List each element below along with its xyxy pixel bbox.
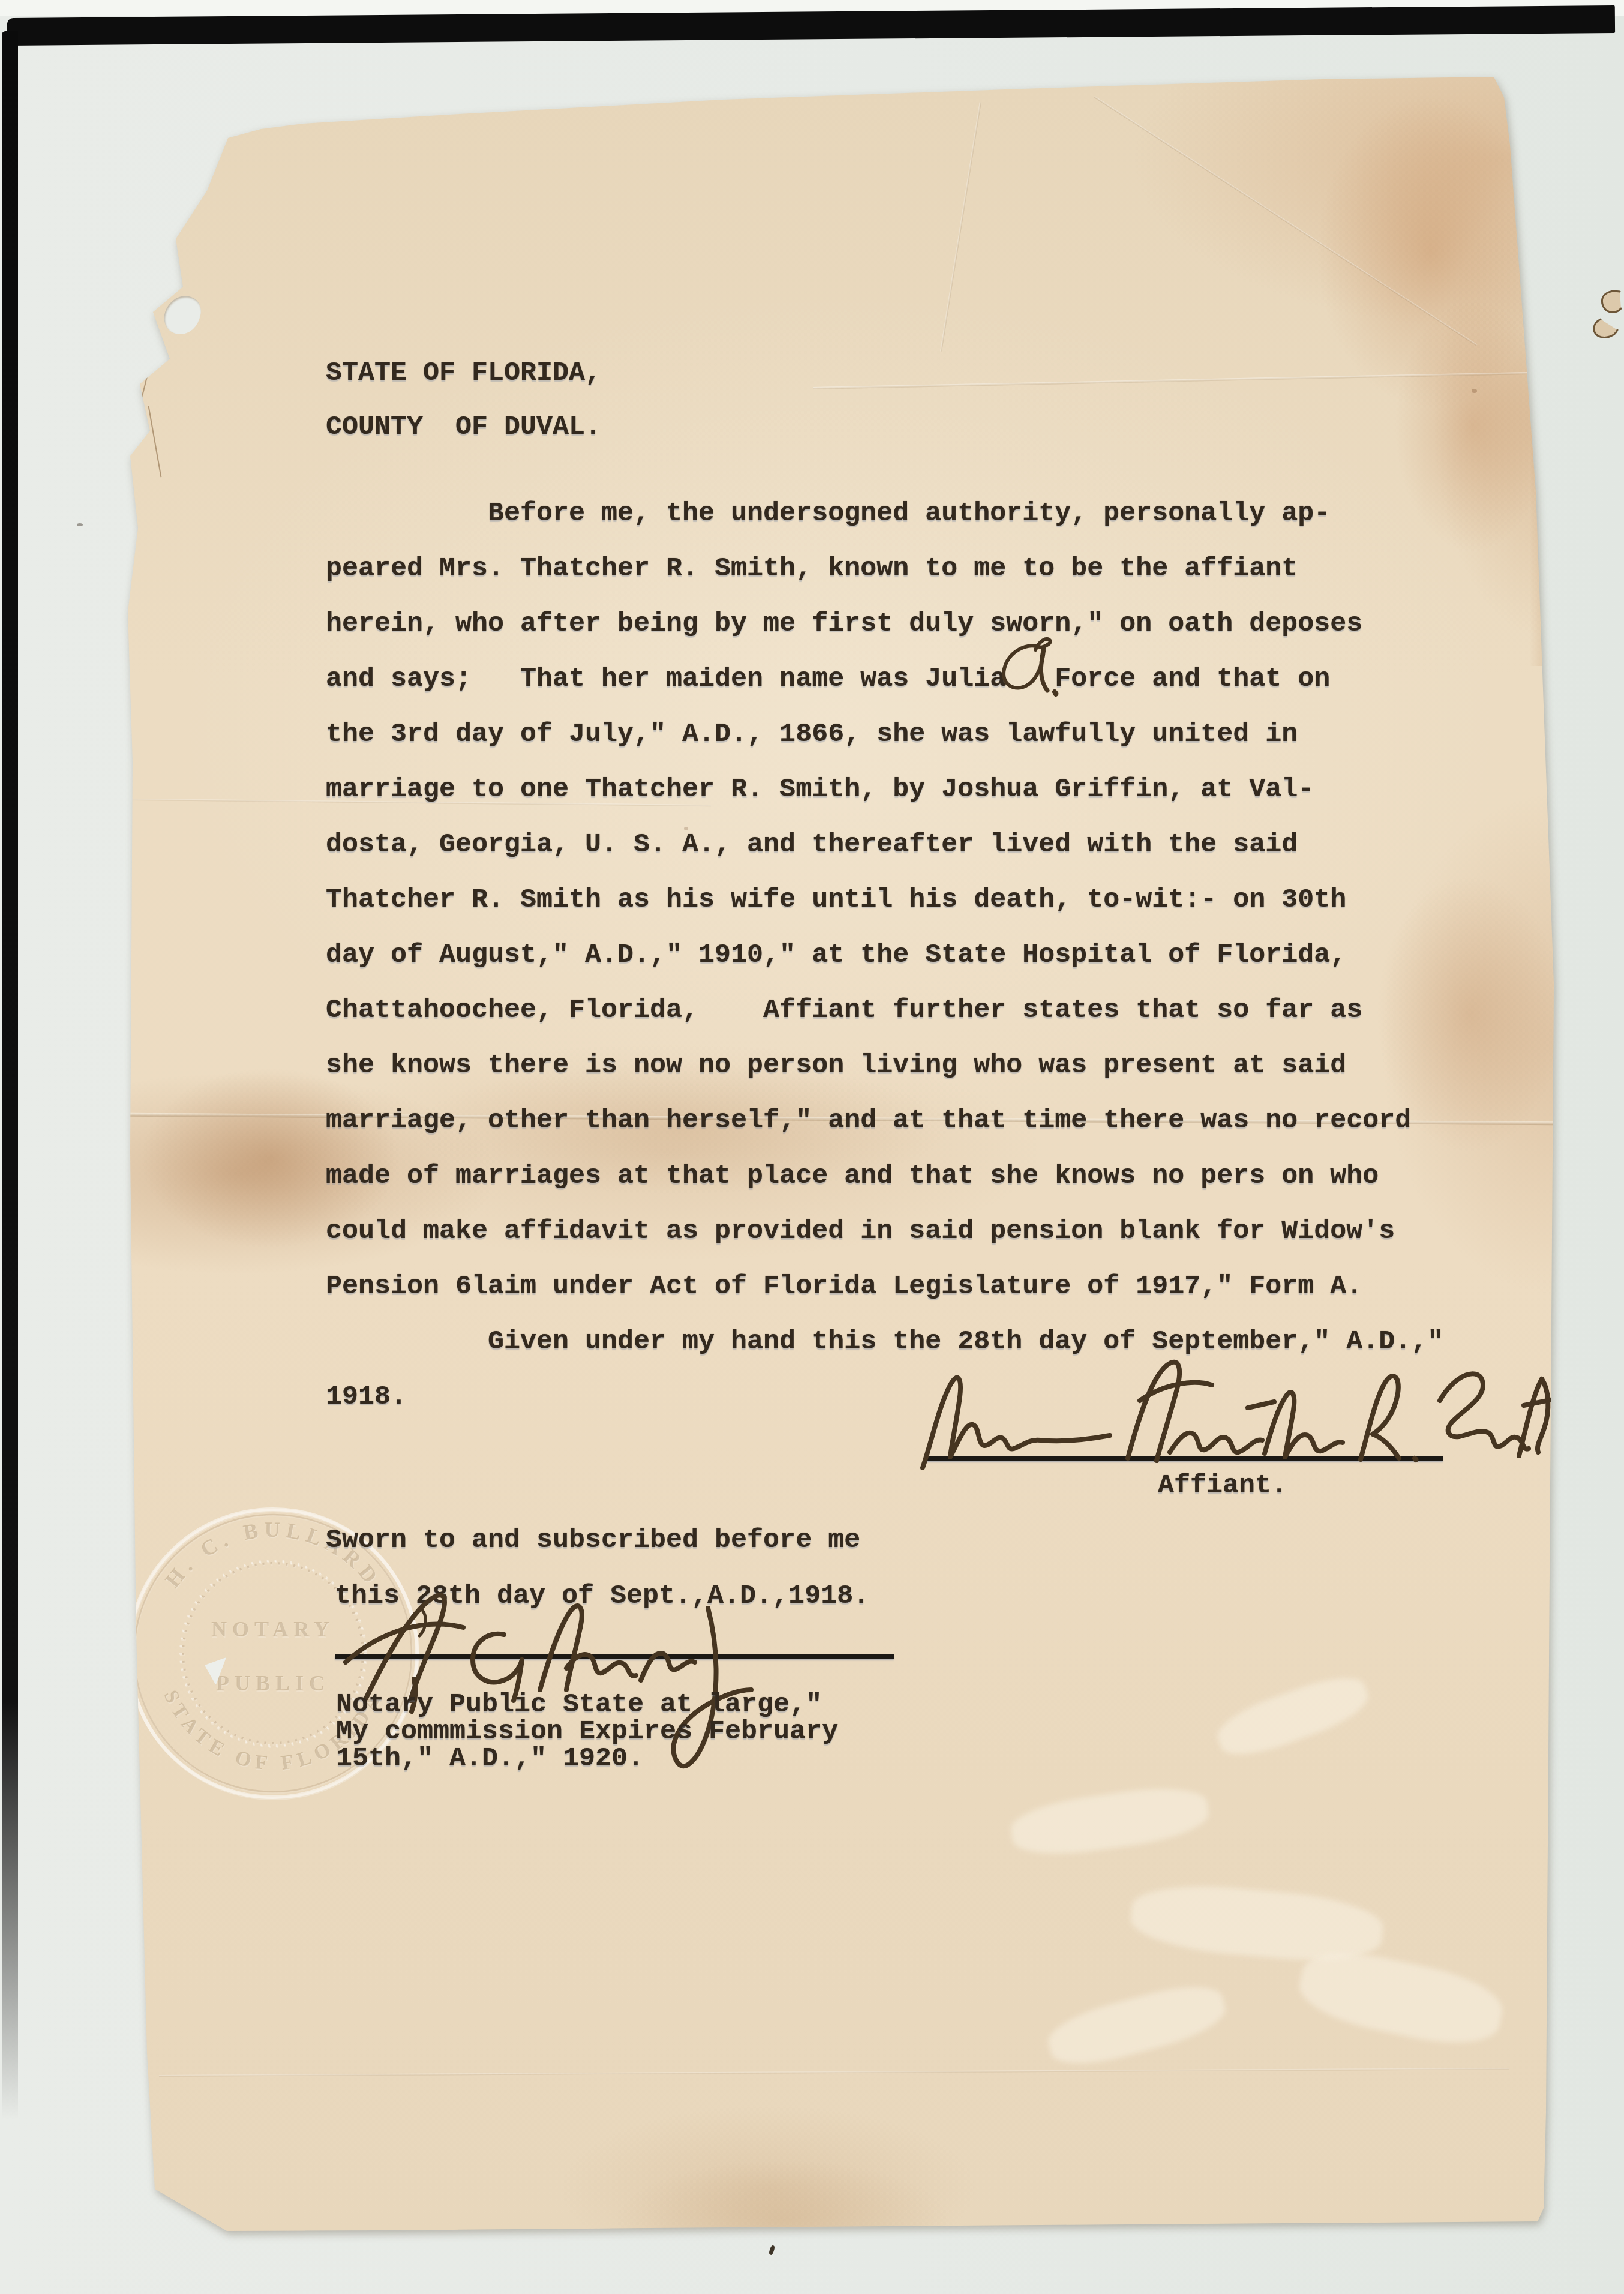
document-paper: H. C. BULLARD STATE OF FLORIDA NOTARY PU… (123, 72, 1557, 2232)
bleed-through-mark (1043, 1976, 1230, 2075)
edge-crack (148, 406, 162, 478)
crease-line (159, 2068, 1509, 2077)
edge-crack (139, 353, 153, 405)
scanner-edge-left (2, 31, 18, 2119)
handwritten-initial-a (996, 632, 1063, 699)
seal-word-notary: NOTARY (211, 1617, 335, 1641)
ink-speck (1539, 132, 1544, 137)
stain (615, 2160, 951, 2280)
notary-commission-block: Notary Public State at large,ʺ My commmi… (336, 1691, 838, 1772)
venue-heading: STATE OF FLORIDA, COUNTY OF DUVAL. (326, 346, 601, 454)
affiant-label: Affiant. (1158, 1472, 1287, 1499)
stained-right-edge (1529, 78, 1557, 666)
jurat-line-1: Sworn to and subscribed before me (326, 1527, 860, 1554)
crease-line (940, 102, 981, 351)
crease-line (813, 371, 1557, 389)
bleed-through-mark (1008, 1780, 1211, 1861)
scan-speck (77, 523, 83, 526)
scan-speck (769, 2245, 776, 2255)
seal-word-public: PUBLIC (216, 1671, 330, 1695)
stain (1317, 96, 1545, 408)
rust-speck (1472, 389, 1477, 393)
paper-curl-fragment (1583, 288, 1624, 342)
crease-line (1094, 96, 1477, 346)
bleed-through-mark (1211, 1667, 1374, 1765)
paper-hole (160, 291, 205, 340)
bleed-through-mark (1293, 1942, 1508, 2055)
affidavit-body-text: Before me, the undersogned authority, pe… (326, 486, 1443, 1425)
scanned-document-page: H. C. BULLARD STATE OF FLORIDA NOTARY PU… (0, 0, 1624, 2294)
paper-shadow-wrap: H. C. BULLARD STATE OF FLORIDA NOTARY PU… (123, 72, 1557, 2232)
